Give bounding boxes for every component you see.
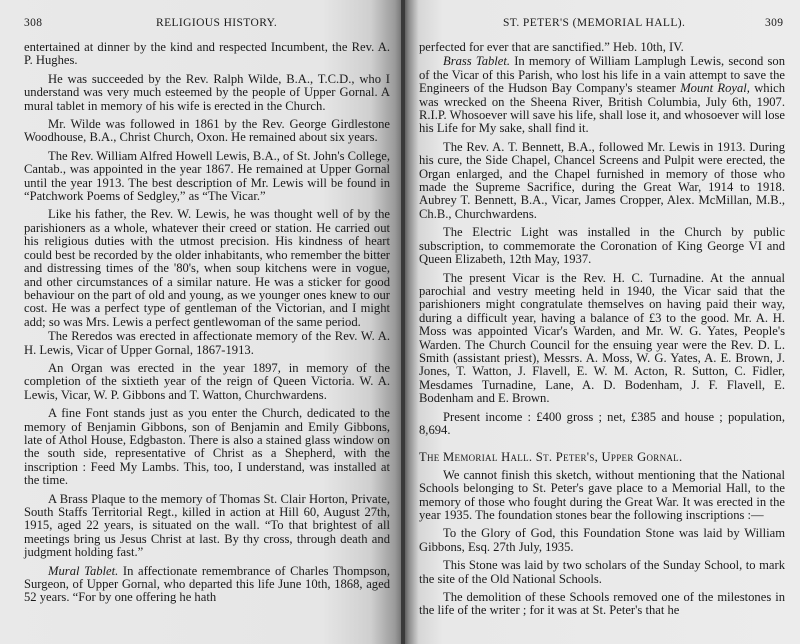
paragraph: The present Vicar is the Rev. H. C. Turn… bbox=[419, 272, 785, 406]
brass-tablet-paragraph: Brass Tablet. In memory of William Lampl… bbox=[419, 55, 785, 135]
paragraph: We cannot finish this sketch, without me… bbox=[419, 469, 785, 523]
paragraph: A Brass Plaque to the memory of Thomas S… bbox=[24, 493, 390, 560]
mural-tablet-label: Mural Tablet. bbox=[48, 564, 118, 578]
page-number: 308 bbox=[24, 17, 42, 29]
right-page: ST. PETER'S (MEMORIAL HALL). 309 perfect… bbox=[403, 0, 800, 644]
paragraph: The Electric Light was installed in the … bbox=[419, 226, 785, 266]
brass-tablet-label: Brass Tablet. bbox=[443, 54, 510, 68]
mural-tablet-paragraph: Mural Tablet. In affectionate remembranc… bbox=[24, 565, 390, 605]
running-head: ST. PETER'S (MEMORIAL HALL). bbox=[503, 17, 685, 29]
paragraph: Mr. Wilde was followed in 1861 by the Re… bbox=[24, 118, 390, 145]
left-page-body: entertained at dinner by the kind and re… bbox=[24, 41, 390, 610]
paragraph: perfected for ever that are sanctified.”… bbox=[419, 41, 785, 54]
left-page: 308 RELIGIOUS HISTORY. entertained at di… bbox=[0, 0, 403, 644]
right-page-body: perfected for ever that are sanctified.”… bbox=[419, 41, 785, 623]
ship-name: Mount Royal, bbox=[680, 81, 750, 95]
paragraph: The Reredos was erected in affectionate … bbox=[24, 330, 390, 357]
paragraph: An Organ was erected in the year 1897, i… bbox=[24, 362, 390, 402]
paragraph: Like his father, the Rev. W. Lewis, he w… bbox=[24, 208, 390, 329]
paragraph: He was succeeded by the Rev. Ralph Wilde… bbox=[24, 73, 390, 113]
paragraph: The Rev. A. T. Bennett, B.A., followed M… bbox=[419, 141, 785, 221]
paragraph: A fine Font stands just as you enter the… bbox=[24, 407, 390, 487]
book-spine bbox=[401, 0, 405, 644]
section-heading: The Memorial Hall. St. Peter's, Upper Go… bbox=[419, 451, 785, 464]
paragraph: entertained at dinner by the kind and re… bbox=[24, 41, 390, 68]
paragraph: This Stone was laid by two scholars of t… bbox=[419, 559, 785, 586]
paragraph: To the Glory of God, this Foundation Sto… bbox=[419, 527, 785, 554]
paragraph: The demolition of these Schools removed … bbox=[419, 591, 785, 618]
paragraph: Present income : £400 gross ; net, £385 … bbox=[419, 411, 785, 438]
page-number: 309 bbox=[765, 17, 783, 29]
paragraph: The Rev. William Alfred Howell Lewis, B.… bbox=[24, 150, 390, 204]
running-head: RELIGIOUS HISTORY. bbox=[156, 17, 277, 29]
